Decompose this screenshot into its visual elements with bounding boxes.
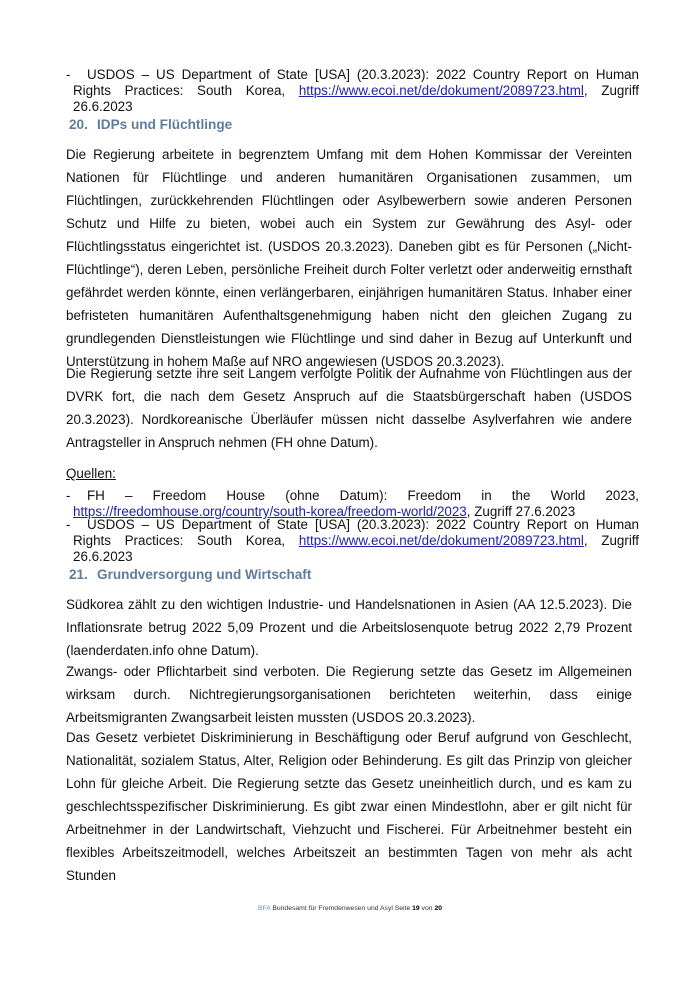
section-number: 20. [69, 117, 97, 132]
source-link[interactable]: https://www.ecoi.net/de/dokument/2089723… [299, 533, 584, 548]
source-link[interactable]: https://www.ecoi.net/de/dokument/2089723… [299, 83, 584, 98]
paragraph: Die Regierung setzte ihre seit Langem ve… [66, 362, 632, 454]
source-item-usdos-top: - USDOS – US Department of State [USA] (… [66, 67, 639, 115]
footer-page-number: 19 [412, 905, 420, 912]
list-dash: - [66, 517, 70, 533]
source-text: FH – Freedom House (ohne Datum): Freedom… [87, 488, 639, 503]
section-title: IDPs und Flüchtlinge [97, 117, 232, 132]
paragraph: Südkorea zählt zu den wichtigen Industri… [66, 593, 632, 662]
paragraph: Zwangs- oder Pflichtarbeit sind verboten… [66, 660, 632, 729]
footer-page-total: 20 [434, 905, 442, 912]
section-title: Grundversorgung und Wirtschaft [97, 567, 311, 582]
sources-label: Quellen: [66, 466, 116, 481]
list-dash: - [66, 67, 70, 83]
section-heading-21: 21.Grundversorgung und Wirtschaft [69, 567, 311, 582]
paragraph: Das Gesetz verbietet Diskriminierung in … [66, 726, 632, 887]
footer-org: Bundesamt für Fremdenwesen und Asyl Seit… [270, 905, 412, 912]
paragraph: Die Regierung arbeitete in begrenztem Um… [66, 143, 632, 373]
page-footer: BFA Bundesamt für Fremdenwesen und Asyl … [0, 905, 700, 912]
source-item-fh: - FH – Freedom House (ohne Datum): Freed… [66, 488, 639, 520]
footer-of: von [420, 905, 435, 912]
section-number: 21. [69, 567, 97, 582]
source-item-usdos: - USDOS – US Department of State [USA] (… [66, 517, 639, 565]
section-heading-20: 20.IDPs und Flüchtlinge [69, 117, 232, 132]
list-dash: - [66, 488, 70, 504]
footer-brand: BFA [258, 905, 270, 912]
